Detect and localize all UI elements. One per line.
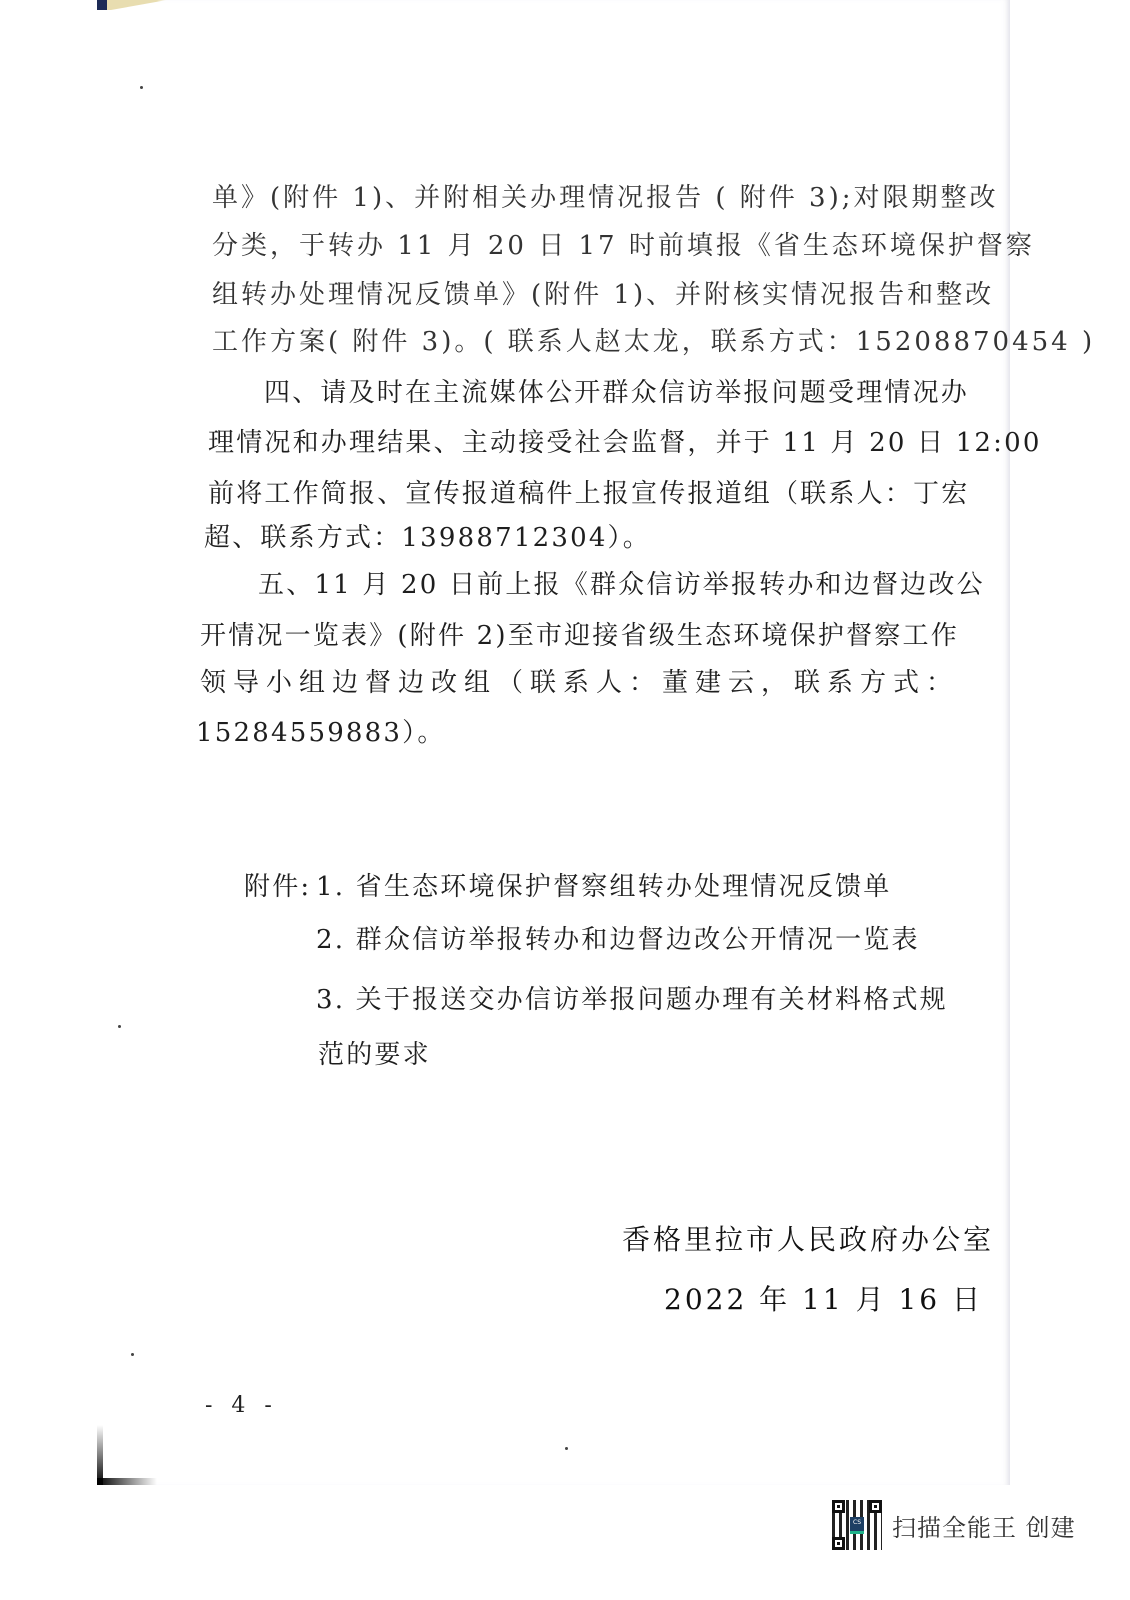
qr-code-icon: CS	[832, 1500, 882, 1550]
scanner-watermark: CS 扫描全能王 创建	[832, 1500, 1076, 1550]
page-corner-shadow	[97, 1425, 103, 1485]
scan-speck	[140, 86, 143, 89]
body-line: 工作方案( 附件 3)。( 联系人赵太龙，联系方式：15208870454 )	[212, 326, 1095, 358]
body-line: 超、联系方式：13988712304）。	[204, 522, 651, 554]
page-corner-shadow-bottom	[97, 1478, 157, 1485]
page-number: - 4 -	[205, 1393, 278, 1418]
body-line: 单》(附件 1)、并附相关办理情况报告 ( 附件 3);对限期整改	[212, 182, 998, 214]
body-line: 开情况一览表》(附件 2)至市迎接省级生态环境保护督察工作	[200, 620, 959, 652]
body-line: 15284559883）。	[196, 717, 446, 749]
attachment-item: 2. 群众信访举报转办和边督边改公开情况一览表	[316, 924, 920, 956]
body-line: 理情况和办理结果、主动接受社会监督，并于 11 月 20 日 12:00	[208, 427, 1042, 459]
attachment-item-continuation: 范的要求	[318, 1039, 431, 1071]
scan-speck	[131, 1353, 134, 1356]
body-line: 组转办处理情况反馈单》(附件 1)、并附核实情况报告和整改	[212, 279, 994, 311]
camscanner-logo-icon: CS	[850, 1517, 864, 1534]
section-four-heading-line: 四、请及时在主流媒体公开群众信访举报问题受理情况办	[264, 377, 969, 409]
scan-speck	[118, 1025, 121, 1028]
attachment-item: 3. 关于报送交办信访举报问题办理有关材料格式规	[316, 984, 948, 1016]
scan-speck	[565, 1447, 568, 1450]
attachment-item: 1. 省生态环境保护督察组转办处理情况反馈单	[316, 871, 891, 903]
body-line: 分类，于转办 11 月 20 日 17 时前填报《省生态环境保护督察	[212, 230, 1035, 262]
issuer-signature: 香格里拉市人民政府办公室	[622, 1223, 994, 1257]
body-line: 前将工作简报、宣传报道稿件上报宣传报道组（联系人：丁宏	[208, 478, 969, 510]
body-line: 领导小组边督边改组（联系人：董建云，联系方式：	[200, 667, 959, 699]
issue-date: 2022 年 11 月 16 日	[664, 1283, 983, 1317]
watermark-text: 扫描全能王 创建	[892, 1508, 1076, 1543]
attachments-label: 附件:	[244, 871, 311, 903]
section-five-heading-line: 五、11 月 20 日前上报《群众信访举报转办和边督边改公	[258, 569, 985, 601]
